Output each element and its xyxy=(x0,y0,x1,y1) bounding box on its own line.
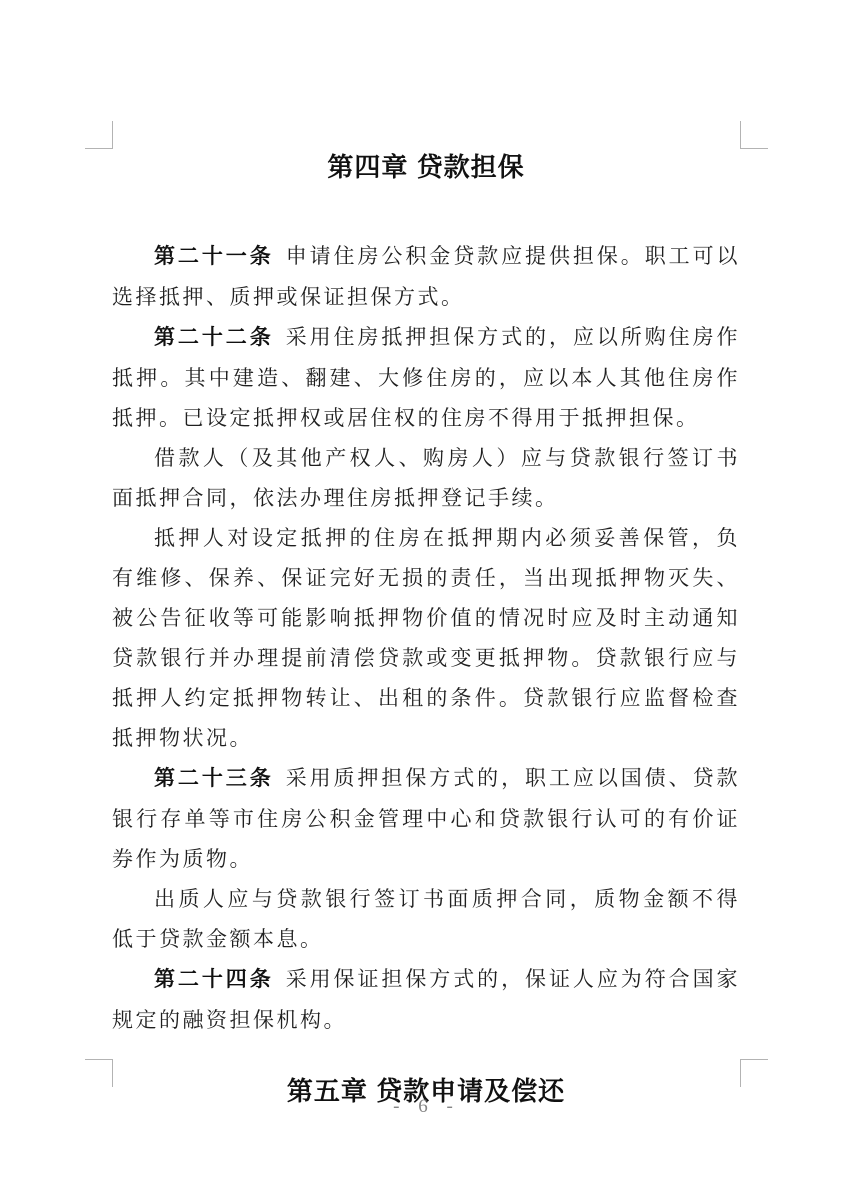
corner-mark-bottom-right xyxy=(740,1059,768,1087)
article-24-number: 第二十四条 xyxy=(154,968,274,991)
corner-mark-top-left xyxy=(85,121,113,149)
article-22-paragraph-3-text: 抵押人对设定抵押的住房在抵押期内必须妥善保管，负有维修、保养、保证完好无损的责任… xyxy=(112,526,740,750)
article-22-number: 第二十二条 xyxy=(154,326,274,349)
page-number: - 6 - xyxy=(0,1096,853,1118)
document-body: 第四章 贷款担保 第二十一条申请住房公积金贷款应提供担保。职工可以选择抵押、质押… xyxy=(112,148,740,1110)
article-22-paragraph: 第二十二条采用住房抵押担保方式的，应以所购住房作抵押。其中建造、翻建、大修住房的… xyxy=(112,317,740,438)
corner-mark-top-right xyxy=(740,121,768,149)
article-23-paragraph-2: 出质人应与贷款银行签订书面质押合同，质物金额不得低于贷款金额本息。 xyxy=(112,879,740,959)
article-23-paragraph-2-text: 出质人应与贷款银行签订书面质押合同，质物金额不得低于贷款金额本息。 xyxy=(112,887,740,951)
article-21-paragraph: 第二十一条申请住房公积金贷款应提供担保。职工可以选择抵押、质押或保证担保方式。 xyxy=(112,236,740,317)
document-page: 第四章 贷款担保 第二十一条申请住房公积金贷款应提供担保。职工可以选择抵押、质押… xyxy=(0,0,853,1197)
article-21-number: 第二十一条 xyxy=(154,245,274,268)
article-22-paragraph-2: 借款人（及其他产权人、购房人）应与贷款银行签订书面抵押合同，依法办理住房抵押登记… xyxy=(112,438,740,518)
article-23-number: 第二十三条 xyxy=(154,767,274,790)
article-24-paragraph: 第二十四条采用保证担保方式的，保证人应为符合国家规定的融资担保机构。 xyxy=(112,959,740,1040)
article-23-paragraph: 第二十三条采用质押担保方式的，职工应以国债、贷款银行存单等市住房公积金管理中心和… xyxy=(112,758,740,879)
chapter-4-title: 第四章 贷款担保 xyxy=(112,148,740,186)
corner-mark-bottom-left xyxy=(85,1059,113,1087)
article-22-paragraph-2-text: 借款人（及其他产权人、购房人）应与贷款银行签订书面抵押合同，依法办理住房抵押登记… xyxy=(112,446,740,510)
article-22-paragraph-3: 抵押人对设定抵押的住房在抵押期内必须妥善保管，负有维修、保养、保证完好无损的责任… xyxy=(112,518,740,758)
